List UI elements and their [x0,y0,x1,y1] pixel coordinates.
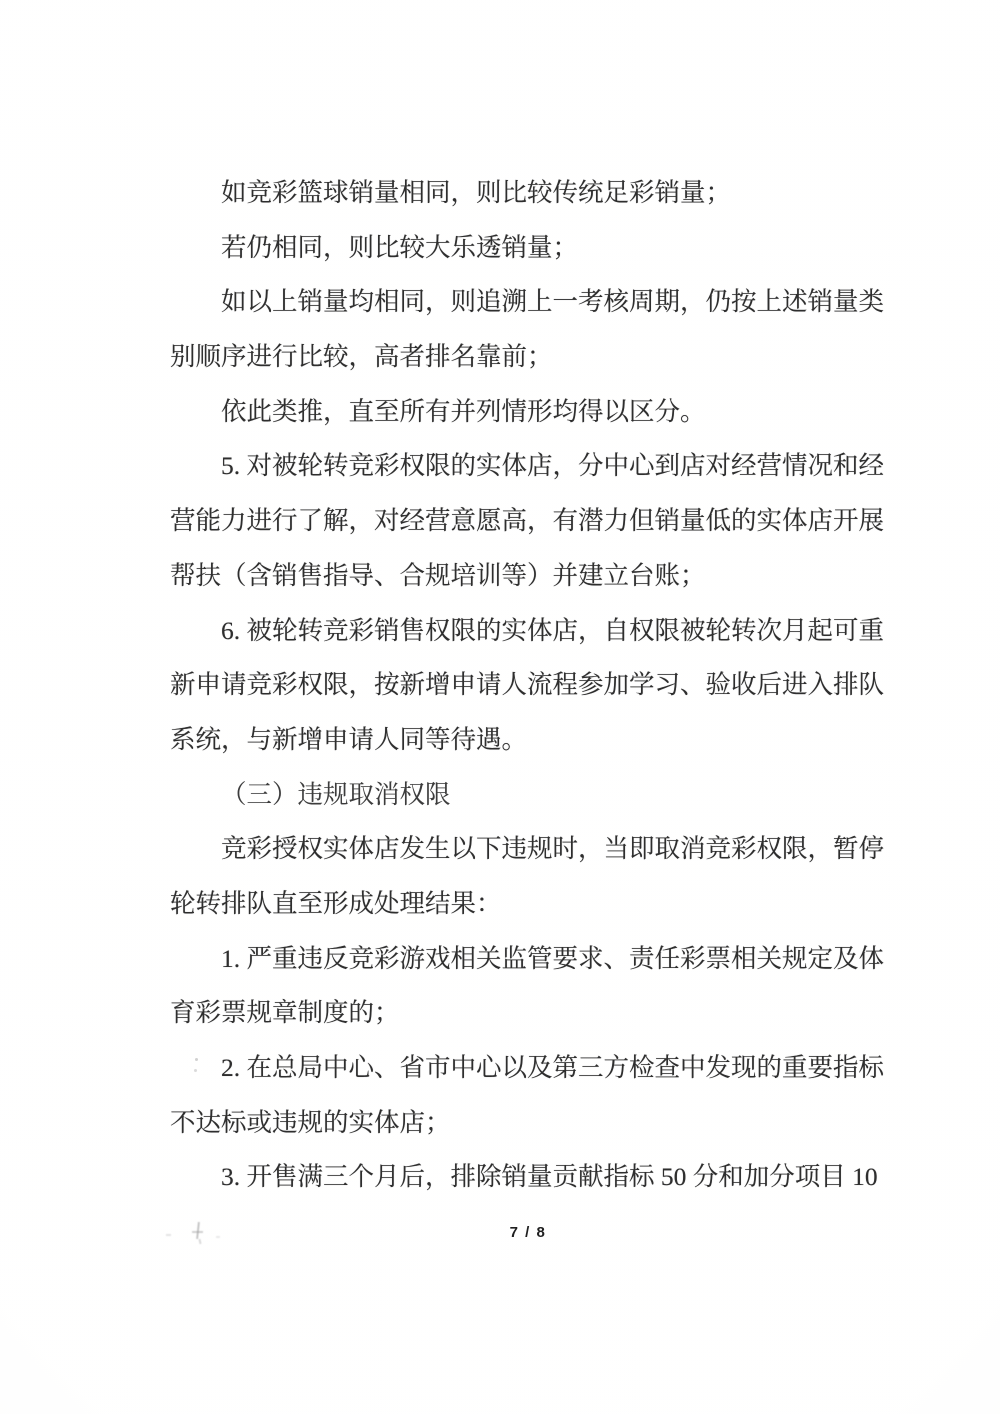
text-line: 别顺序进行比较，高者排名靠前； [170,330,886,385]
text-line: 育彩票规章制度的； [170,986,886,1041]
paragraph: 如以上销量均相同，则追溯上一考核周期，仍按上述销量类别顺序进行比较，高者排名靠前… [170,275,886,384]
paragraph: 竞彩授权实体店发生以下违规时，当即取消竞彩权限，暂停轮转排队直至形成处理结果： [170,822,886,931]
text-line: 系统，与新增申请人同等待遇。 [170,713,886,768]
page-footer: 7 / 8 [170,1224,886,1241]
text-line: 5. 对被轮转竞彩权限的实体店，分中心到店对经营情况和经 [170,439,886,494]
page-number: 7 / 8 [510,1224,547,1241]
paragraph: 2. 在总局中心、省市中心以及第三方检查中发现的重要指标不达标或违规的实体店； [170,1041,886,1150]
text-line: 轮转排队直至形成处理结果： [170,877,886,932]
text-line: （三）违规取消权限 [170,768,886,823]
paragraph: 5. 对被轮转竞彩权限的实体店，分中心到店对经营情况和经营能力进行了解，对经营意… [170,439,886,603]
text-line: 3. 开售满三个月后，排除销量贡献指标 50 分和加分项目 10 [170,1150,886,1205]
text-line: 6. 被轮转竞彩销售权限的实体店，自权限被轮转次月起可重 [170,604,886,659]
section-heading: （三）违规取消权限 [170,768,886,823]
paragraph: 6. 被轮转竞彩销售权限的实体店，自权限被轮转次月起可重新申请竞彩权限，按新增申… [170,604,886,768]
text-line: 新申请竞彩权限，按新增申请人流程参加学习、验收后进入排队 [170,658,886,713]
text-line: 如竞彩篮球销量相同，则比较传统足彩销量； [170,166,886,221]
paragraph: 1. 严重违反竞彩游戏相关监管要求、责任彩票相关规定及体育彩票规章制度的； [170,932,886,1041]
paragraph: 依此类推，直至所有并列情形均得以区分。 [170,385,886,440]
text-line: 2. 在总局中心、省市中心以及第三方检查中发现的重要指标 [170,1041,886,1096]
text-line: 如以上销量均相同，则追溯上一考核周期，仍按上述销量类 [170,275,886,330]
text-line: 不达标或违规的实体店； [170,1096,886,1151]
document-body: 如竞彩篮球销量相同，则比较传统足彩销量；若仍相同，则比较大乐透销量；如以上销量均… [170,166,886,1205]
text-line: 竞彩授权实体店发生以下违规时，当即取消竞彩权限，暂停 [170,822,886,877]
text-line: 若仍相同，则比较大乐透销量； [170,221,886,276]
text-line: 1. 严重违反竞彩游戏相关监管要求、责任彩票相关规定及体 [170,932,886,987]
paragraph: 若仍相同，则比较大乐透销量； [170,221,886,276]
paragraph: 3. 开售满三个月后，排除销量贡献指标 50 分和加分项目 10 [170,1150,886,1205]
text-line: 营能力进行了解，对经营意愿高，有潜力但销量低的实体店开展 [170,494,886,549]
paragraph: 如竞彩篮球销量相同，则比较传统足彩销量； [170,166,886,221]
document-page: 如竞彩篮球销量相同，则比较传统足彩销量；若仍相同，则比较大乐透销量；如以上销量均… [0,0,1000,1414]
text-line: 帮扶（含销售指导、合规培训等）并建立台账； [170,549,886,604]
text-line: 依此类推，直至所有并列情形均得以区分。 [170,385,886,440]
